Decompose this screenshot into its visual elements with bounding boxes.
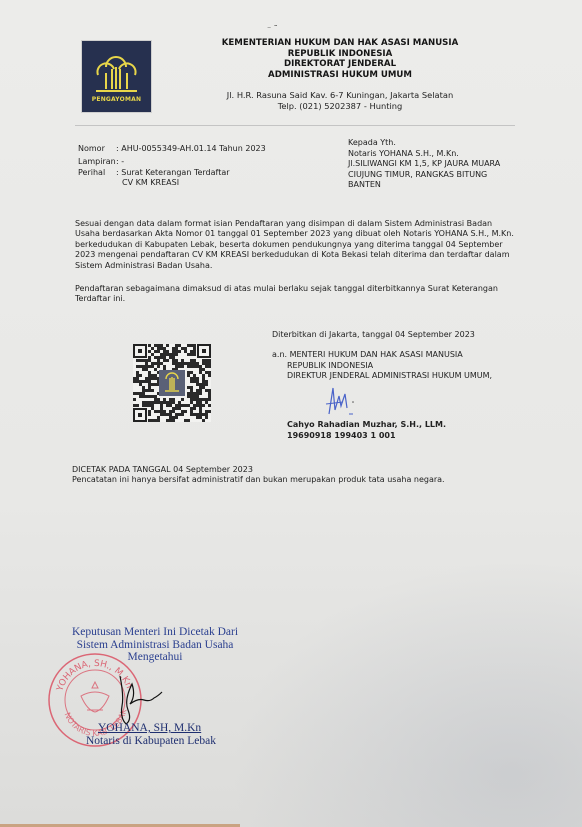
pengayoman-logo: PENGAYOMAN xyxy=(81,40,152,113)
signer-nip: 19690918 199403 1 001 xyxy=(287,430,446,441)
signature-icon xyxy=(323,386,363,418)
notary-name: YOHANA, SH, M.Kn xyxy=(98,722,201,734)
ministry-name: KEMENTERIAN HUKUM DAN HAK ASASI MANUSIA xyxy=(200,38,480,49)
director-general-signature xyxy=(323,386,363,422)
recipient-line: BANTEN xyxy=(348,180,500,191)
photo-shadow xyxy=(230,560,582,827)
perihal-value-company: CV KM KREASI xyxy=(116,178,179,188)
letterhead: KEMENTERIAN HUKUM DAN HAK ASASI MANUSIA … xyxy=(200,38,480,111)
recipient-line: Jl.SILIWANGI KM 1,5, KP JAURA MUARA xyxy=(348,159,500,170)
lampiran-value: : - xyxy=(116,155,124,168)
recipient-block: Kepada Yth. Notaris YOHANA S.H., M.Kn. J… xyxy=(348,138,500,191)
directorate-division: ADMINISTRASI HUKUM UMUM xyxy=(200,70,480,81)
endorsement-line: Sistem Administrasi Badan Usaha xyxy=(60,639,250,652)
signature-icon xyxy=(112,668,172,728)
signer-block: Cahyo Rahadian Muzhar, S.H., LLM. 196909… xyxy=(287,419,446,441)
notary-title: Notaris di Kabupaten Lebak xyxy=(86,735,216,747)
letter-meta: Nomor: AHU-0055349-AH.01.14 Tahun 2023 L… xyxy=(78,142,266,188)
issued-place-date: Diterbitkan di Jakarta, tanggal 04 Septe… xyxy=(272,330,475,339)
notary-endorsement: Keputusan Menteri Ini Dicetak Dari Siste… xyxy=(60,626,250,664)
disclaimer: Pencatatan ini hanya bersifat administra… xyxy=(72,475,445,485)
office-address: Jl. H.R. Rasuna Said Kav. 6-7 Kuningan, … xyxy=(200,90,480,101)
perihal-value: : Surat Keterangan Terdaftar xyxy=(116,168,230,178)
country-name: REPUBLIK INDONESIA xyxy=(200,49,480,60)
signer-name: Cahyo Rahadian Muzhar, S.H., LLM. xyxy=(287,419,446,430)
qr-code-icon xyxy=(133,344,211,422)
print-footer: DICETAK PADA TANGGAL 04 September 2023 P… xyxy=(72,465,445,485)
endorsement-line: Mengetahui xyxy=(60,651,250,664)
endorsement-line: Keputusan Menteri Ini Dicetak Dari xyxy=(60,626,250,639)
nomor-label: Nomor xyxy=(78,142,116,155)
office-phone: Telp. (021) 5202387 - Hunting xyxy=(200,101,480,112)
recipient-line: Notaris YOHANA S.H., M.Kn. xyxy=(348,149,500,160)
header-divider xyxy=(75,125,515,126)
on-behalf-line: DIREKTUR JENDERAL ADMINISTRASI HUKUM UMU… xyxy=(272,371,492,382)
recipient-line: Kepada Yth. xyxy=(348,138,500,149)
on-behalf-line: REPUBLIK INDONESIA xyxy=(272,361,492,372)
qr-code xyxy=(133,344,211,422)
on-behalf-line: a.n. MENTERI HUKUM DAN HAK ASASI MANUSIA xyxy=(272,350,492,361)
body-paragraph-2: Pendaftaran sebagaimana dimaksud di atas… xyxy=(75,284,515,305)
body-paragraph-1: Sesuai dengan data dalam format isian Pe… xyxy=(75,219,515,271)
directorate-name: DIREKTORAT JENDERAL xyxy=(200,59,480,70)
nomor-value: : AHU-0055349-AH.01.14 Tahun 2023 xyxy=(116,142,266,155)
recipient-line: CIUJUNG TIMUR, RANGKAS BITUNG xyxy=(348,170,500,181)
perihal-label: Perihal xyxy=(78,168,116,178)
ink-marks: ⁻ ˜ xyxy=(267,24,278,33)
lampiran-label: Lampiran xyxy=(78,155,116,168)
printed-date: DICETAK PADA TANGGAL 04 September 2023 xyxy=(72,465,445,475)
on-behalf-block: a.n. MENTERI HUKUM DAN HAK ASASI MANUSIA… xyxy=(272,350,492,382)
logo-caption: PENGAYOMAN xyxy=(82,96,151,103)
